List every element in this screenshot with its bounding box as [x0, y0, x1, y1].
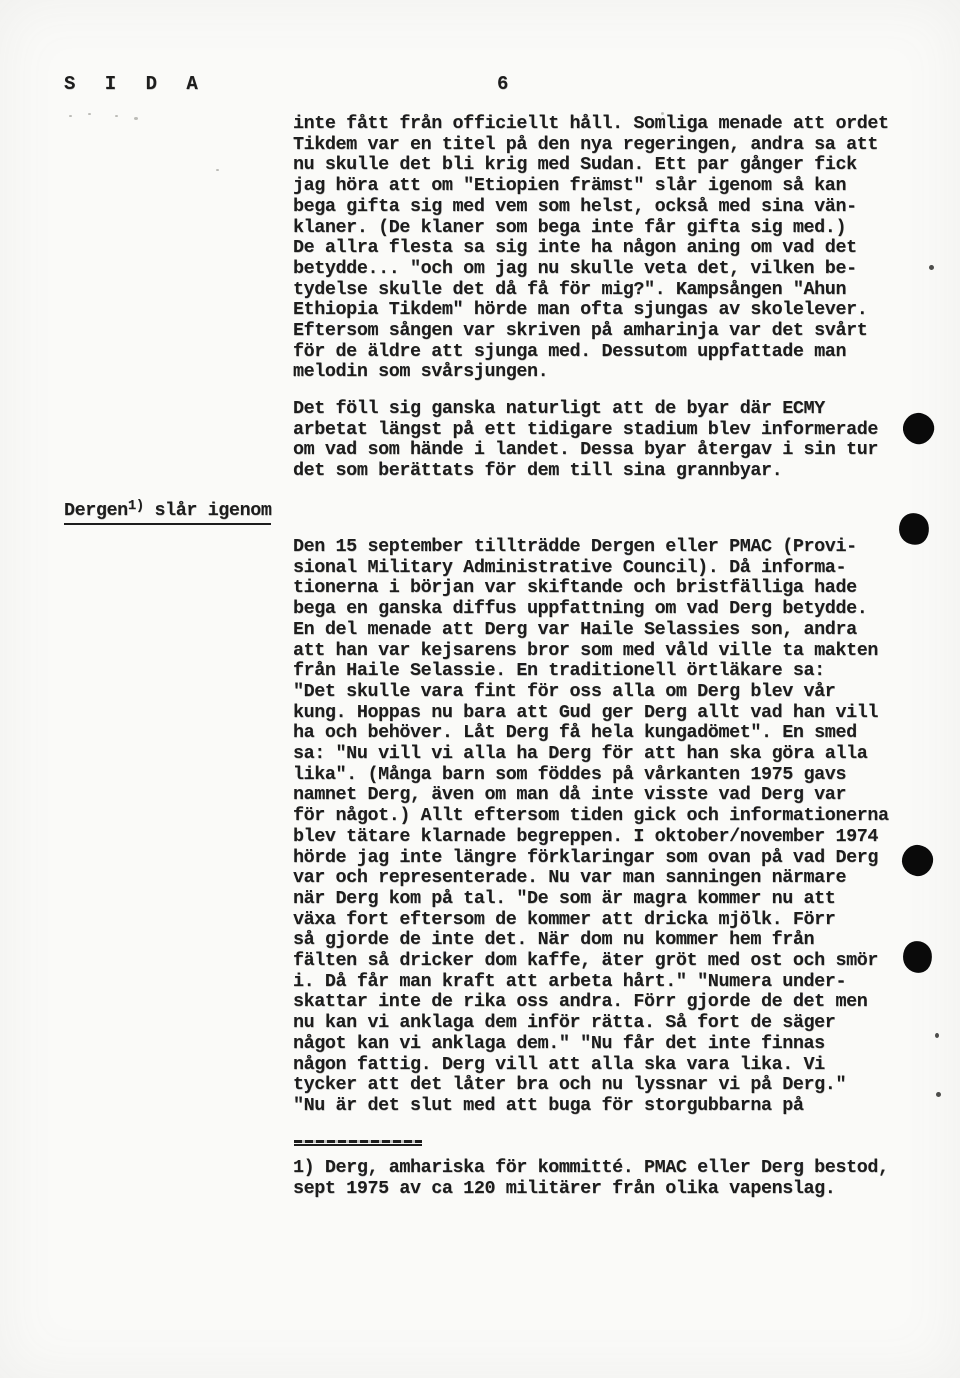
scan-speck	[88, 113, 91, 115]
paragraph-tikdem: inte fått från officiellt håll. Somliga …	[293, 114, 889, 383]
footnote-reference-superscript: 1)	[128, 498, 144, 514]
scan-speck	[216, 169, 219, 171]
ink-dot-mark	[896, 510, 932, 548]
page-number: 6	[497, 75, 508, 94]
separator-rule	[294, 1144, 422, 1147]
scan-speck	[69, 115, 72, 117]
scan-speck	[929, 265, 934, 270]
footnote-separator-line	[294, 1140, 422, 1146]
footnote-text: 1) Derg, amhariska för kommitté. PMAC el…	[293, 1158, 889, 1199]
scan-speck	[134, 117, 138, 120]
section-heading-dergen: Dergen1) slår igenom	[64, 500, 271, 525]
scan-speck	[115, 115, 118, 117]
scan-speck	[661, 112, 664, 115]
scanned-document-page: S I D A 6 inte fått från officiellt håll…	[0, 0, 960, 1378]
ink-dot-mark	[899, 409, 938, 448]
heading-word: Dergen	[64, 500, 128, 521]
page-header-label: S I D A	[64, 75, 207, 94]
ink-dot-mark	[901, 939, 934, 975]
heading-rest: slår igenom	[144, 500, 272, 521]
ink-dot-mark	[900, 843, 936, 879]
scan-speck	[936, 1092, 941, 1097]
paragraph-ecmy-byar: Det föll sig ganska naturligt att de bya…	[293, 399, 878, 482]
scan-speck	[935, 1033, 939, 1038]
paragraph-dergen-pmac: Den 15 september tillträdde Dergen eller…	[293, 537, 889, 1117]
